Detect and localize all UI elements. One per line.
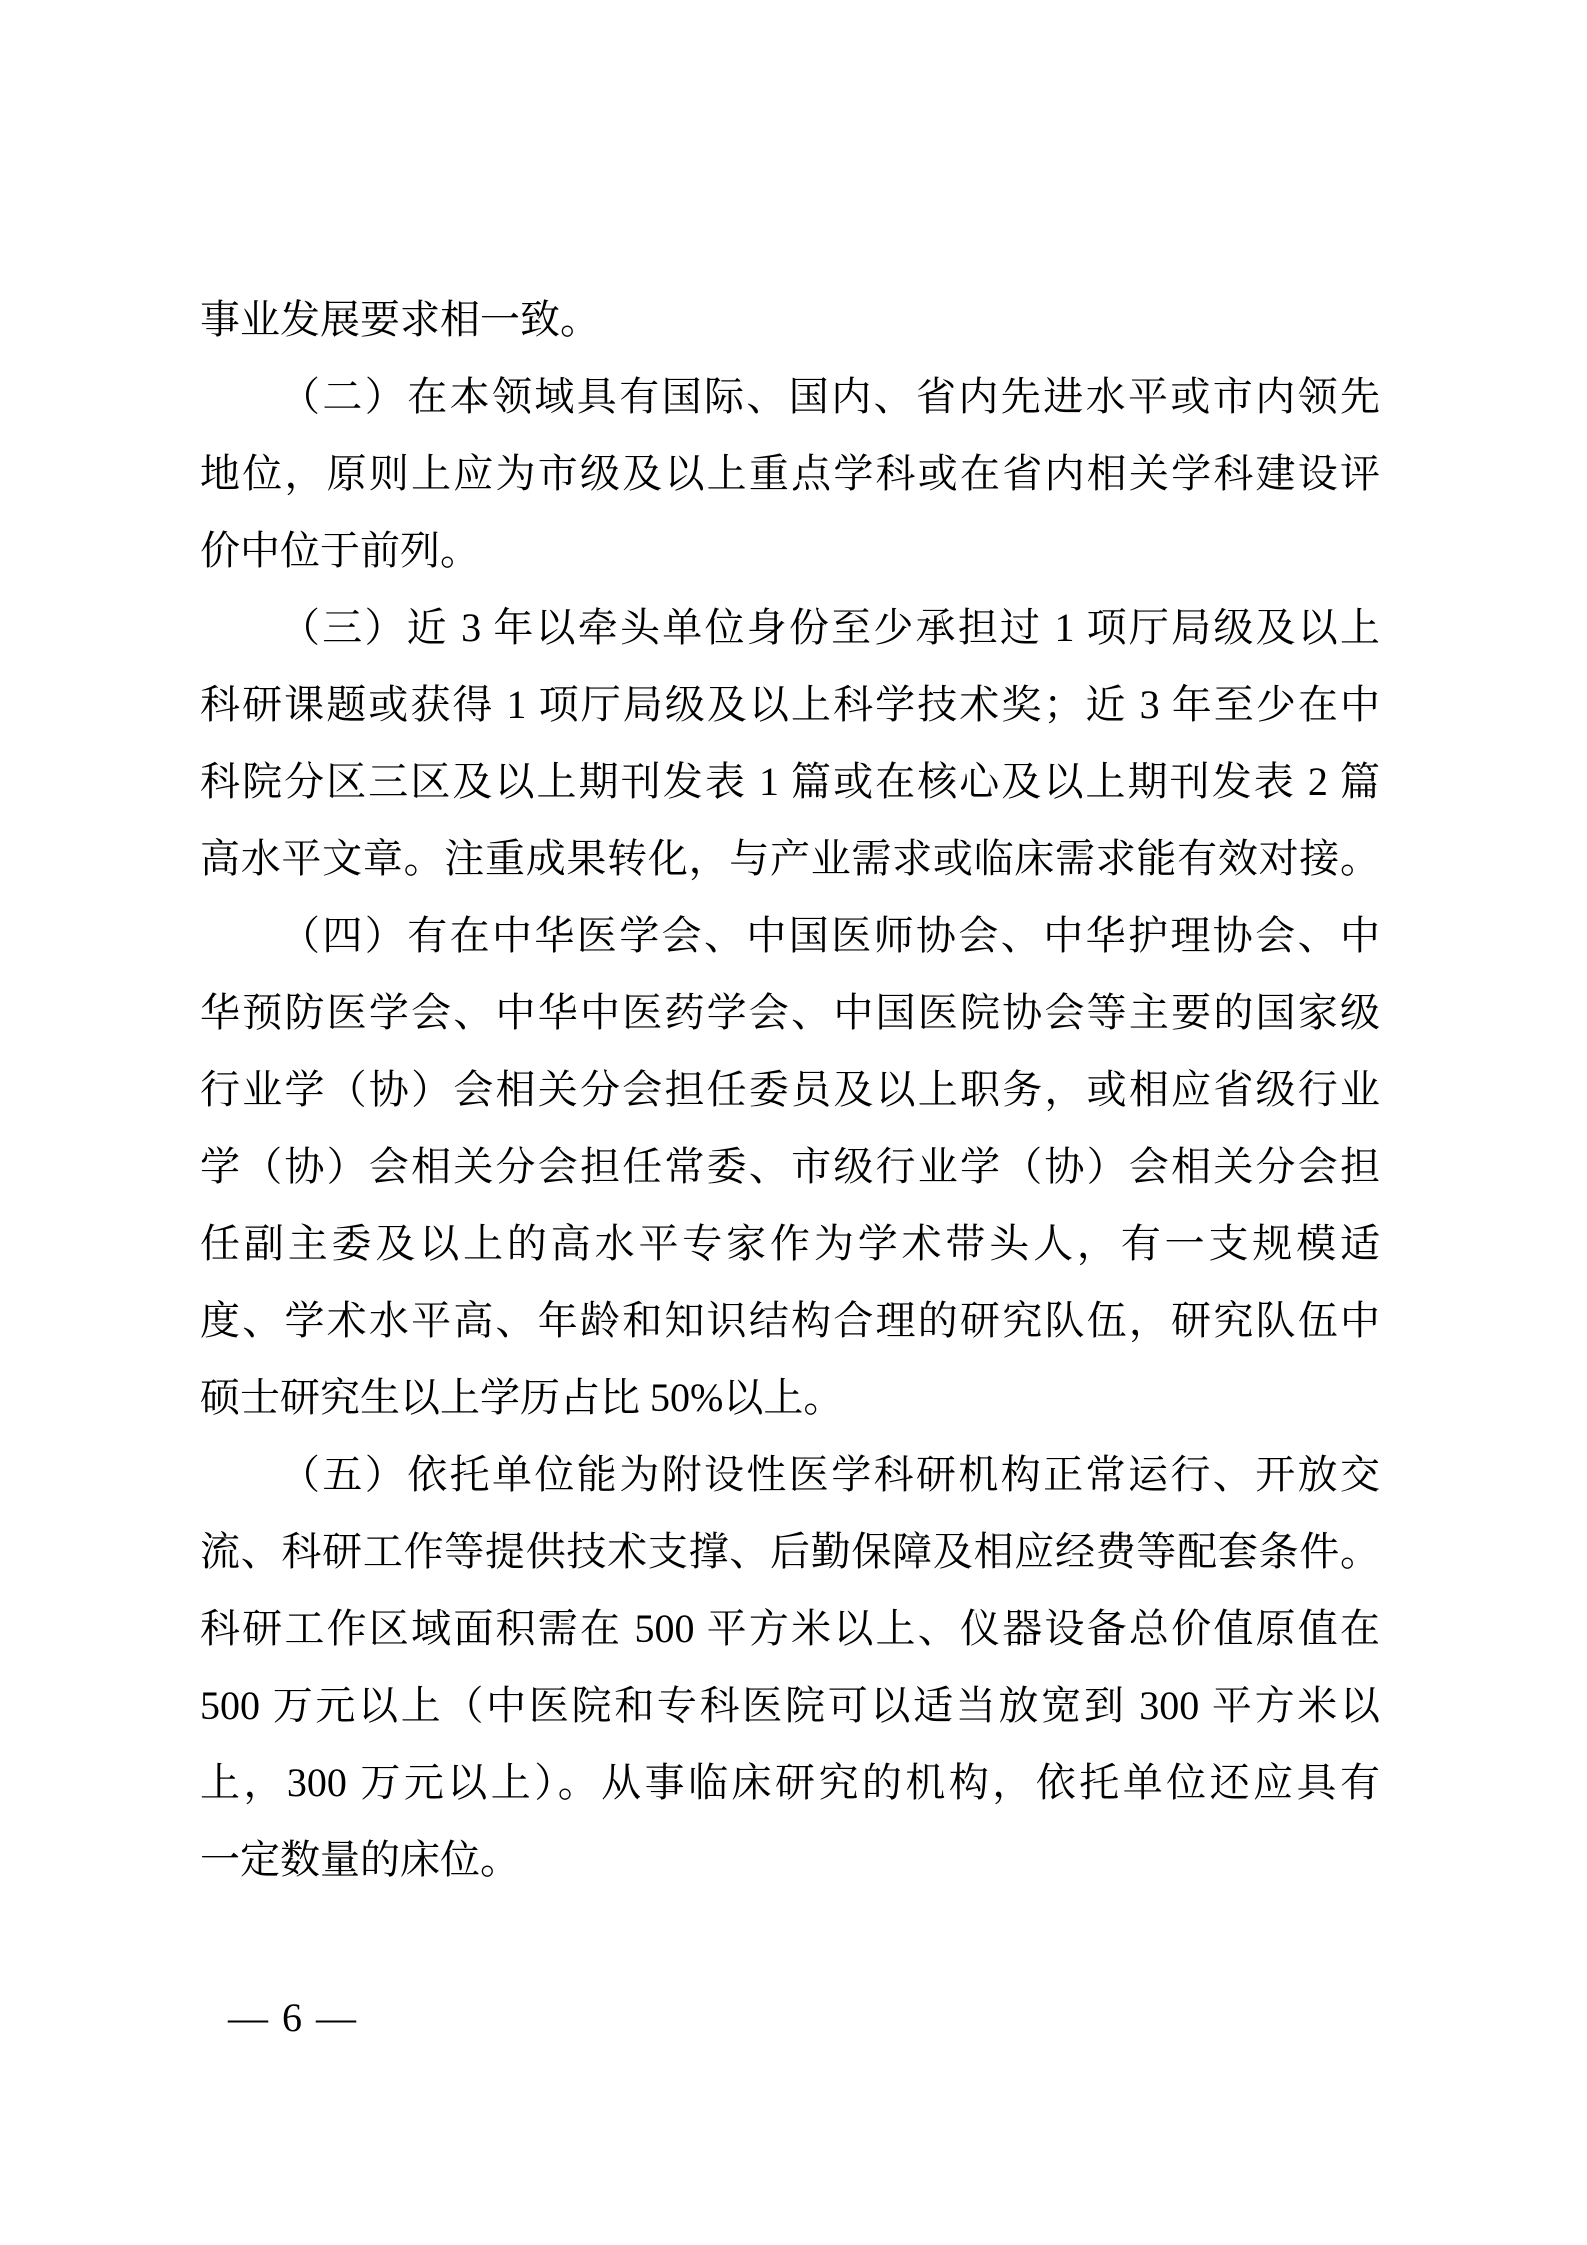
document-page: 事业发展要求相一致。 （二）在本领域具有国际、国内、省内先进水平或市内领先 地位… [0,0,1587,2245]
text-line: 科院分区三区及以上期刊发表 1 篇或在核心及以上期刊发表 2 篇 [200,743,1380,820]
text-line: 科研工作区域面积需在 500 平方米以上、仪器设备总价值原值在 [200,1590,1380,1667]
text-line: 任副主委及以上的高水平专家作为学术带头人，有一支规模适 [200,1205,1380,1282]
text-line: （三）近 3 年以牵头单位身份至少承担过 1 项厅局级及以上 [200,589,1380,666]
page-number: — 6 — [228,1994,358,2042]
text-line: 硕士研究生以上学历占比 50%以上。 [200,1359,1380,1436]
text-line: 流、科研工作等提供技术支撑、后勤保障及相应经费等配套条件。 [200,1513,1380,1590]
document-body: 事业发展要求相一致。 （二）在本领域具有国际、国内、省内先进水平或市内领先 地位… [200,281,1380,1898]
text-line: 事业发展要求相一致。 [200,281,1380,358]
text-line: 地位，原则上应为市级及以上重点学科或在省内相关学科建设评 [200,435,1380,512]
text-line: 上，300 万元以上）。从事临床研究的机构，依托单位还应具有 [200,1744,1380,1821]
text-line: 科研课题或获得 1 项厅局级及以上科学技术奖；近 3 年至少在中 [200,666,1380,743]
text-line: 高水平文章。注重成果转化，与产业需求或临床需求能有效对接。 [200,820,1380,897]
text-line: 度、学术水平高、年龄和知识结构合理的研究队伍，研究队伍中 [200,1282,1380,1359]
text-line: 价中位于前列。 [200,512,1380,589]
text-line: 500 万元以上（中医院和专科医院可以适当放宽到 300 平方米以 [200,1667,1380,1744]
text-line: 行业学（协）会相关分会担任委员及以上职务，或相应省级行业 [200,1051,1380,1128]
text-line: （二）在本领域具有国际、国内、省内先进水平或市内领先 [200,358,1380,435]
text-line: 华预防医学会、中华中医药学会、中国医院协会等主要的国家级 [200,974,1380,1051]
text-line: （四）有在中华医学会、中国医师协会、中华护理协会、中 [200,897,1380,974]
text-line: 学（协）会相关分会担任常委、市级行业学（协）会相关分会担 [200,1128,1380,1205]
text-line: （五）依托单位能为附设性医学科研机构正常运行、开放交 [200,1436,1380,1513]
text-line: 一定数量的床位。 [200,1821,1380,1898]
